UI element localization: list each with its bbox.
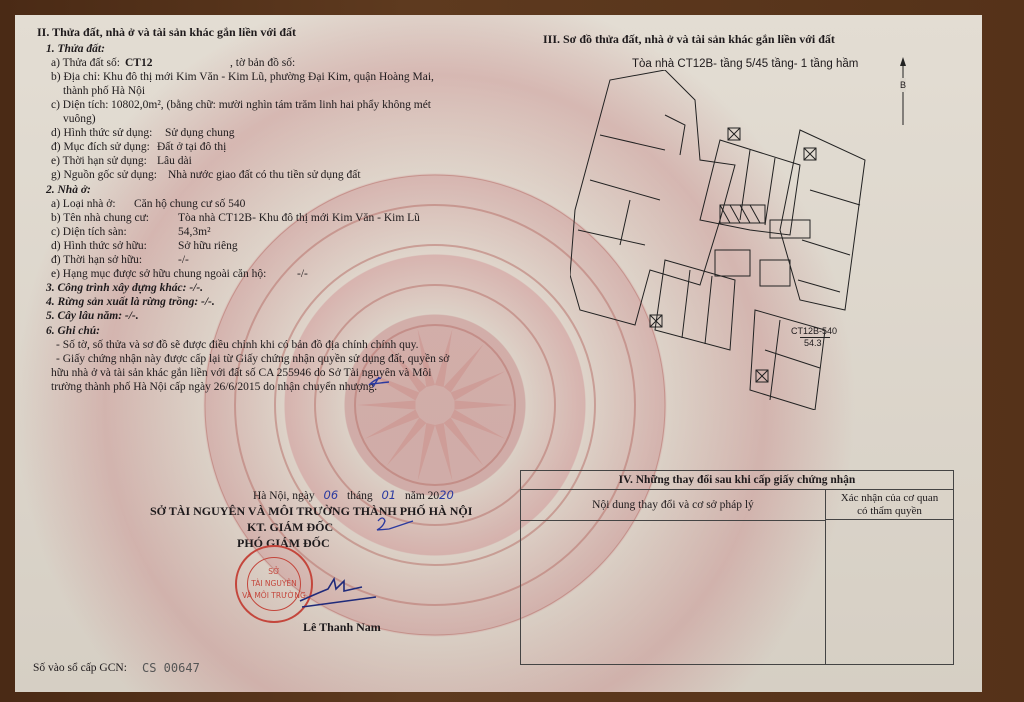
perennial-trees: 5. Cây lâu năm: -/-.	[46, 309, 139, 323]
ownership-term-label: đ) Thời hạn sở hữu:	[51, 253, 142, 267]
usage-form-label: d) Hình thức sử dụng:	[51, 126, 152, 140]
address-label: b) Địa chỉ:	[51, 70, 100, 84]
registry-number: CS 00647	[142, 661, 200, 675]
unit-label: CT12B-540	[791, 326, 837, 336]
common-items-value: -/-	[297, 267, 308, 281]
floor-area-value: 54,3m²	[178, 225, 211, 239]
notes-line4: trường thành phố Hà Nội cấp ngày 26/6/20…	[51, 380, 377, 394]
issuing-authority: SỞ TÀI NGUYÊN VÀ MÔI TRƯỜNG THÀNH PHỐ HÀ…	[150, 504, 472, 518]
building-name-label: b) Tên nhà chung cư:	[51, 211, 149, 225]
map-sheet-label: , tờ bản đồ số:	[230, 56, 295, 70]
usage-purpose-label: đ) Mục đích sử dụng:	[51, 140, 150, 154]
floor-area-label: c) Diện tích sàn:	[51, 225, 127, 239]
area-label: c) Diện tích:	[51, 98, 108, 112]
ownership-term-value: -/-	[178, 253, 189, 267]
changes-table: IV. Những thay đổi sau khi cấp giấy chứn…	[520, 470, 954, 665]
changes-table-divider	[825, 520, 826, 664]
building-name-value: Tòa nhà CT12B- Khu đô thị mới Kim Văn - …	[178, 211, 420, 225]
kt-director: KT. GIÁM ĐỐC	[247, 520, 333, 534]
ownership-form-label: d) Hình thức sở hữu:	[51, 239, 147, 253]
changes-column-confirmation: Xác nhận của cơ quan có thẩm quyền	[826, 490, 953, 520]
changes-column-content: Nội dung thay đổi và cơ sở pháp lý	[521, 490, 826, 521]
area-value-line2: vuông)	[63, 112, 96, 126]
usage-term-label: e) Thời hạn sử dụng:	[51, 154, 147, 168]
north-arrow-icon	[897, 57, 909, 127]
house-heading: 2. Nhà ở:	[46, 183, 91, 197]
date-prefix: Hà Nội, ngày	[253, 490, 315, 502]
usage-origin-value: Nhà nước giao đất có thu tiền sử dụng đấ…	[168, 168, 361, 182]
house-type-label: a) Loại nhà ở:	[51, 197, 116, 211]
usage-form-value: Sử dụng chung	[165, 126, 234, 140]
notes-heading: 6. Ghi chú:	[46, 324, 100, 338]
usage-purpose-value: Đất ở tại đô thị	[157, 140, 226, 154]
confirmation-header-line1: Xác nhận của cơ quan	[826, 492, 953, 505]
ownership-form-value: Sở hữu riêng	[178, 239, 238, 253]
land-parcel-label: a) Thửa đất số:	[51, 56, 120, 70]
date-year-label: năm 20	[405, 490, 439, 502]
date-year-suffix: 20	[439, 488, 454, 502]
notes-line1: - Số tờ, số thửa và sơ đồ sẽ được điều c…	[56, 338, 418, 352]
handwritten-initial-icon	[375, 515, 415, 535]
signer-name: Lê Thanh Nam	[303, 620, 381, 634]
land-parcel-value: CT12	[125, 56, 152, 70]
date-month-label: tháng	[347, 490, 373, 502]
notes-line2: - Giấy chứng nhận này được cấp lại từ Gi…	[56, 352, 449, 366]
handwritten-signature-icon	[298, 575, 378, 615]
address-value-line1: Khu đô thị mới Kim Văn - Kim Lũ, phường …	[103, 70, 434, 84]
production-forest: 4. Rừng sản xuất là rừng trồng: -/-.	[46, 295, 215, 309]
usage-term-value: Lâu dài	[157, 154, 192, 168]
unit-area: 54.3	[804, 338, 822, 348]
registry-label: Số vào sổ cấp GCN:	[33, 661, 127, 675]
other-construction: 3. Công trình xây dựng khác: -/-.	[46, 281, 203, 295]
date-day: 06	[324, 488, 339, 502]
land-heading: 1. Thửa đất:	[46, 42, 105, 56]
common-items-label: e) Hạng mục được sở hữu chung ngoài căn …	[51, 267, 266, 281]
plan-caption: Tòa nhà CT12B- tầng 5/45 tầng- 1 tầng hầ…	[632, 57, 858, 71]
section-2-title: II. Thửa đất, nhà ở và tài sản khác gắn …	[37, 25, 296, 39]
section-3-title: III. Sơ đồ thửa đất, nhà ở và tài sản kh…	[543, 32, 835, 46]
changes-table-title: IV. Những thay đổi sau khi cấp giấy chứn…	[521, 471, 953, 490]
certificate-page: II. Thửa đất, nhà ở và tài sản khác gắn …	[15, 15, 982, 692]
handwritten-check-mark-icon	[367, 375, 391, 389]
date-month: 01	[381, 488, 396, 502]
confirmation-header-line2: có thẩm quyền	[826, 505, 953, 518]
usage-origin-label: g) Nguồn gốc sử dụng:	[51, 168, 157, 182]
place-date: Hà Nội, ngày 06 tháng 01 năm 2020	[253, 488, 454, 503]
area-value-line1: 10802,0m², (bằng chữ: mười nghìn tám tră…	[111, 98, 431, 112]
house-type-value: Căn hộ chung cư số 540	[134, 197, 245, 211]
floor-plan-diagram	[570, 70, 880, 410]
address-value-line2: thành phố Hà Nội	[63, 84, 145, 98]
north-label: B	[900, 78, 906, 92]
